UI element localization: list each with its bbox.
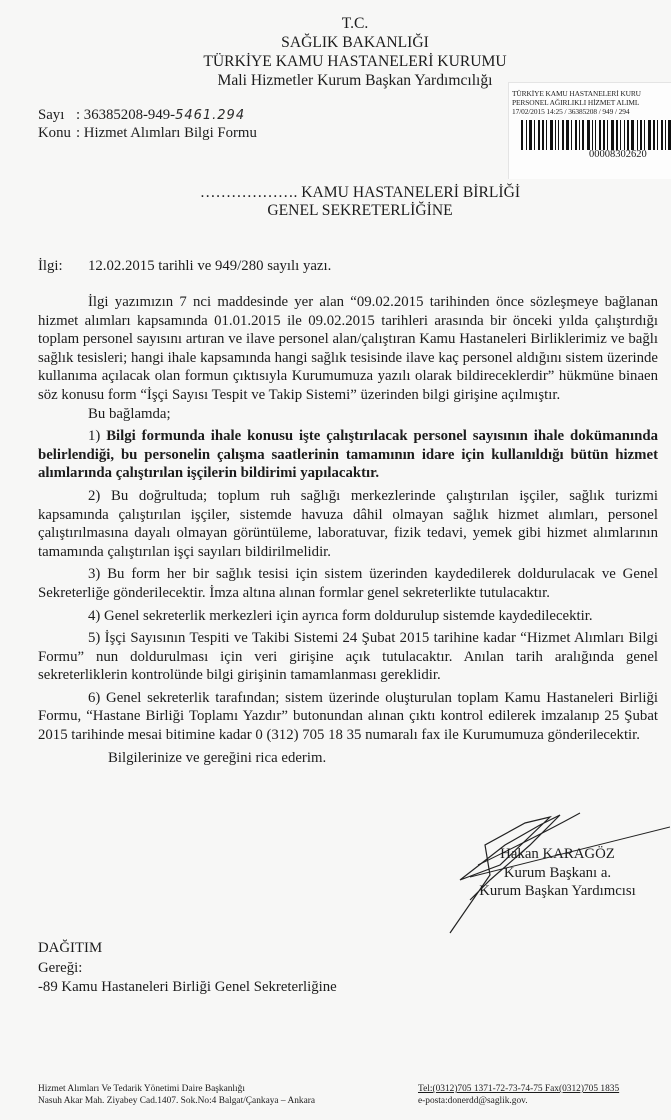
footer-department: Hizmet Alımları Ve Tedarik Yönetimi Dair… (38, 1083, 315, 1095)
item1-number: 1) (88, 428, 106, 444)
letterhead: T.C. SAĞLIK BAKANLIĞI TÜRKİYE KAMU HASTA… (170, 14, 540, 90)
header-tc: T.C. (170, 14, 540, 33)
header-ministry: SAĞLIK BAKANLIĞI (170, 33, 540, 52)
footer-address: Hizmet Alımları Ve Tedarik Yönetimi Dair… (38, 1083, 315, 1107)
reference-number: Sayı: 36385208-949-5461.294 (38, 106, 245, 125)
barcode-label-line3: 17/02/2015 14:25 / 36385208 / 949 / 294 (509, 107, 671, 116)
footer-phone: Tel:(0312)705 1371-72-73-74-75 Fax(0312)… (418, 1083, 619, 1095)
header-department: Mali Hizmetler Kurum Başkan Yardımcılığı (170, 71, 540, 90)
barcode-label-line2: PERSONEL AĞIRLIKLI HİZMET ALIML (509, 98, 671, 107)
paragraph-item-5: 5) İşçi Sayısının Tespiti ve Takibi Sist… (38, 629, 658, 685)
signatory-name: Hakan KARAGÖZ (440, 845, 671, 864)
sayi-label: Sayı (38, 106, 76, 124)
addressee: ………………. KAMU HASTANELERİ BİRLİĞİ GENEL S… (160, 184, 560, 220)
subject-line: Konu: Hizmet Alımları Bilgi Formu (38, 124, 257, 142)
signature-block: Hakan KARAGÖZ Kurum Başkanı a. Kurum Baş… (440, 845, 671, 901)
item1-text: Bilgi formunda ihale konusu işte çalıştı… (38, 428, 658, 481)
barcode-label-line1: TÜRKİYE KAMU HASTANELERİ KURU (509, 89, 671, 98)
distribution-list: DAĞITIM Gereği: -89 Kamu Hastaneleri Bir… (38, 939, 337, 998)
distribution-label: Gereği: (38, 959, 337, 979)
konu-label: Konu (38, 124, 76, 142)
sayi-handwritten: 5461.294 (175, 108, 245, 123)
paragraph-item-2: 2) Bu doğrultuda; toplum ruh sağlığı mer… (38, 487, 658, 561)
closing: Bilgilerinize ve gereğini rica ederim. (38, 749, 658, 768)
paragraph-item-1: 1) Bilgi formunda ihale konusu işte çalı… (38, 427, 658, 483)
letter-body: İlgi yazımızın 7 nci maddesinde yer alan… (38, 293, 658, 771)
paragraph-intro: İlgi yazımızın 7 nci maddesinde yer alan… (38, 293, 658, 405)
paragraph-item-3: 3) Bu form her bir sağlık tesisi için si… (38, 565, 658, 602)
footer-contact: Tel:(0312)705 1371-72-73-74-75 Fax(0312)… (418, 1083, 619, 1107)
paragraph-item-4: 4) Genel sekreterlik merkezleri için ayr… (38, 607, 658, 626)
paragraph-item-6: 6) Genel sekreterlik tarafından; sistem … (38, 689, 658, 745)
footer-street: Nasuh Akar Mah. Ziyabey Cad.1407. Sok.No… (38, 1095, 315, 1107)
ilgi-value: 12.02.2015 tarihli ve 949/280 sayılı yaz… (88, 258, 331, 274)
footer-email: e-posta:donerdd@saglik.gov. (418, 1095, 619, 1107)
paragraph-context: Bu bağlamda; (38, 405, 658, 424)
reference-line: İlgi:12.02.2015 tarihli ve 949/280 sayıl… (38, 258, 331, 275)
addressee-line2: GENEL SEKRETERLİĞİNE (160, 202, 560, 220)
sayi-value: : 36385208-949- (76, 107, 175, 123)
distribution-heading: DAĞITIM (38, 939, 337, 959)
signatory-title1: Kurum Başkanı a. (440, 864, 671, 883)
barcode-number: 00008302620 (589, 149, 647, 160)
addressee-line1: ………………. KAMU HASTANELERİ BİRLİĞİ (160, 184, 560, 202)
konu-value: : Hizmet Alımları Bilgi Formu (76, 125, 257, 141)
barcode-icon (521, 120, 671, 150)
signatory-title2: Kurum Başkan Yardımcısı (440, 882, 671, 901)
header-institution: TÜRKİYE KAMU HASTANELERİ KURUMU (170, 52, 540, 71)
ilgi-label: İlgi: (38, 258, 88, 275)
barcode-sticker: TÜRKİYE KAMU HASTANELERİ KURU PERSONEL A… (508, 82, 671, 179)
distribution-recipient: -89 Kamu Hastaneleri Birliği Genel Sekre… (38, 978, 337, 998)
